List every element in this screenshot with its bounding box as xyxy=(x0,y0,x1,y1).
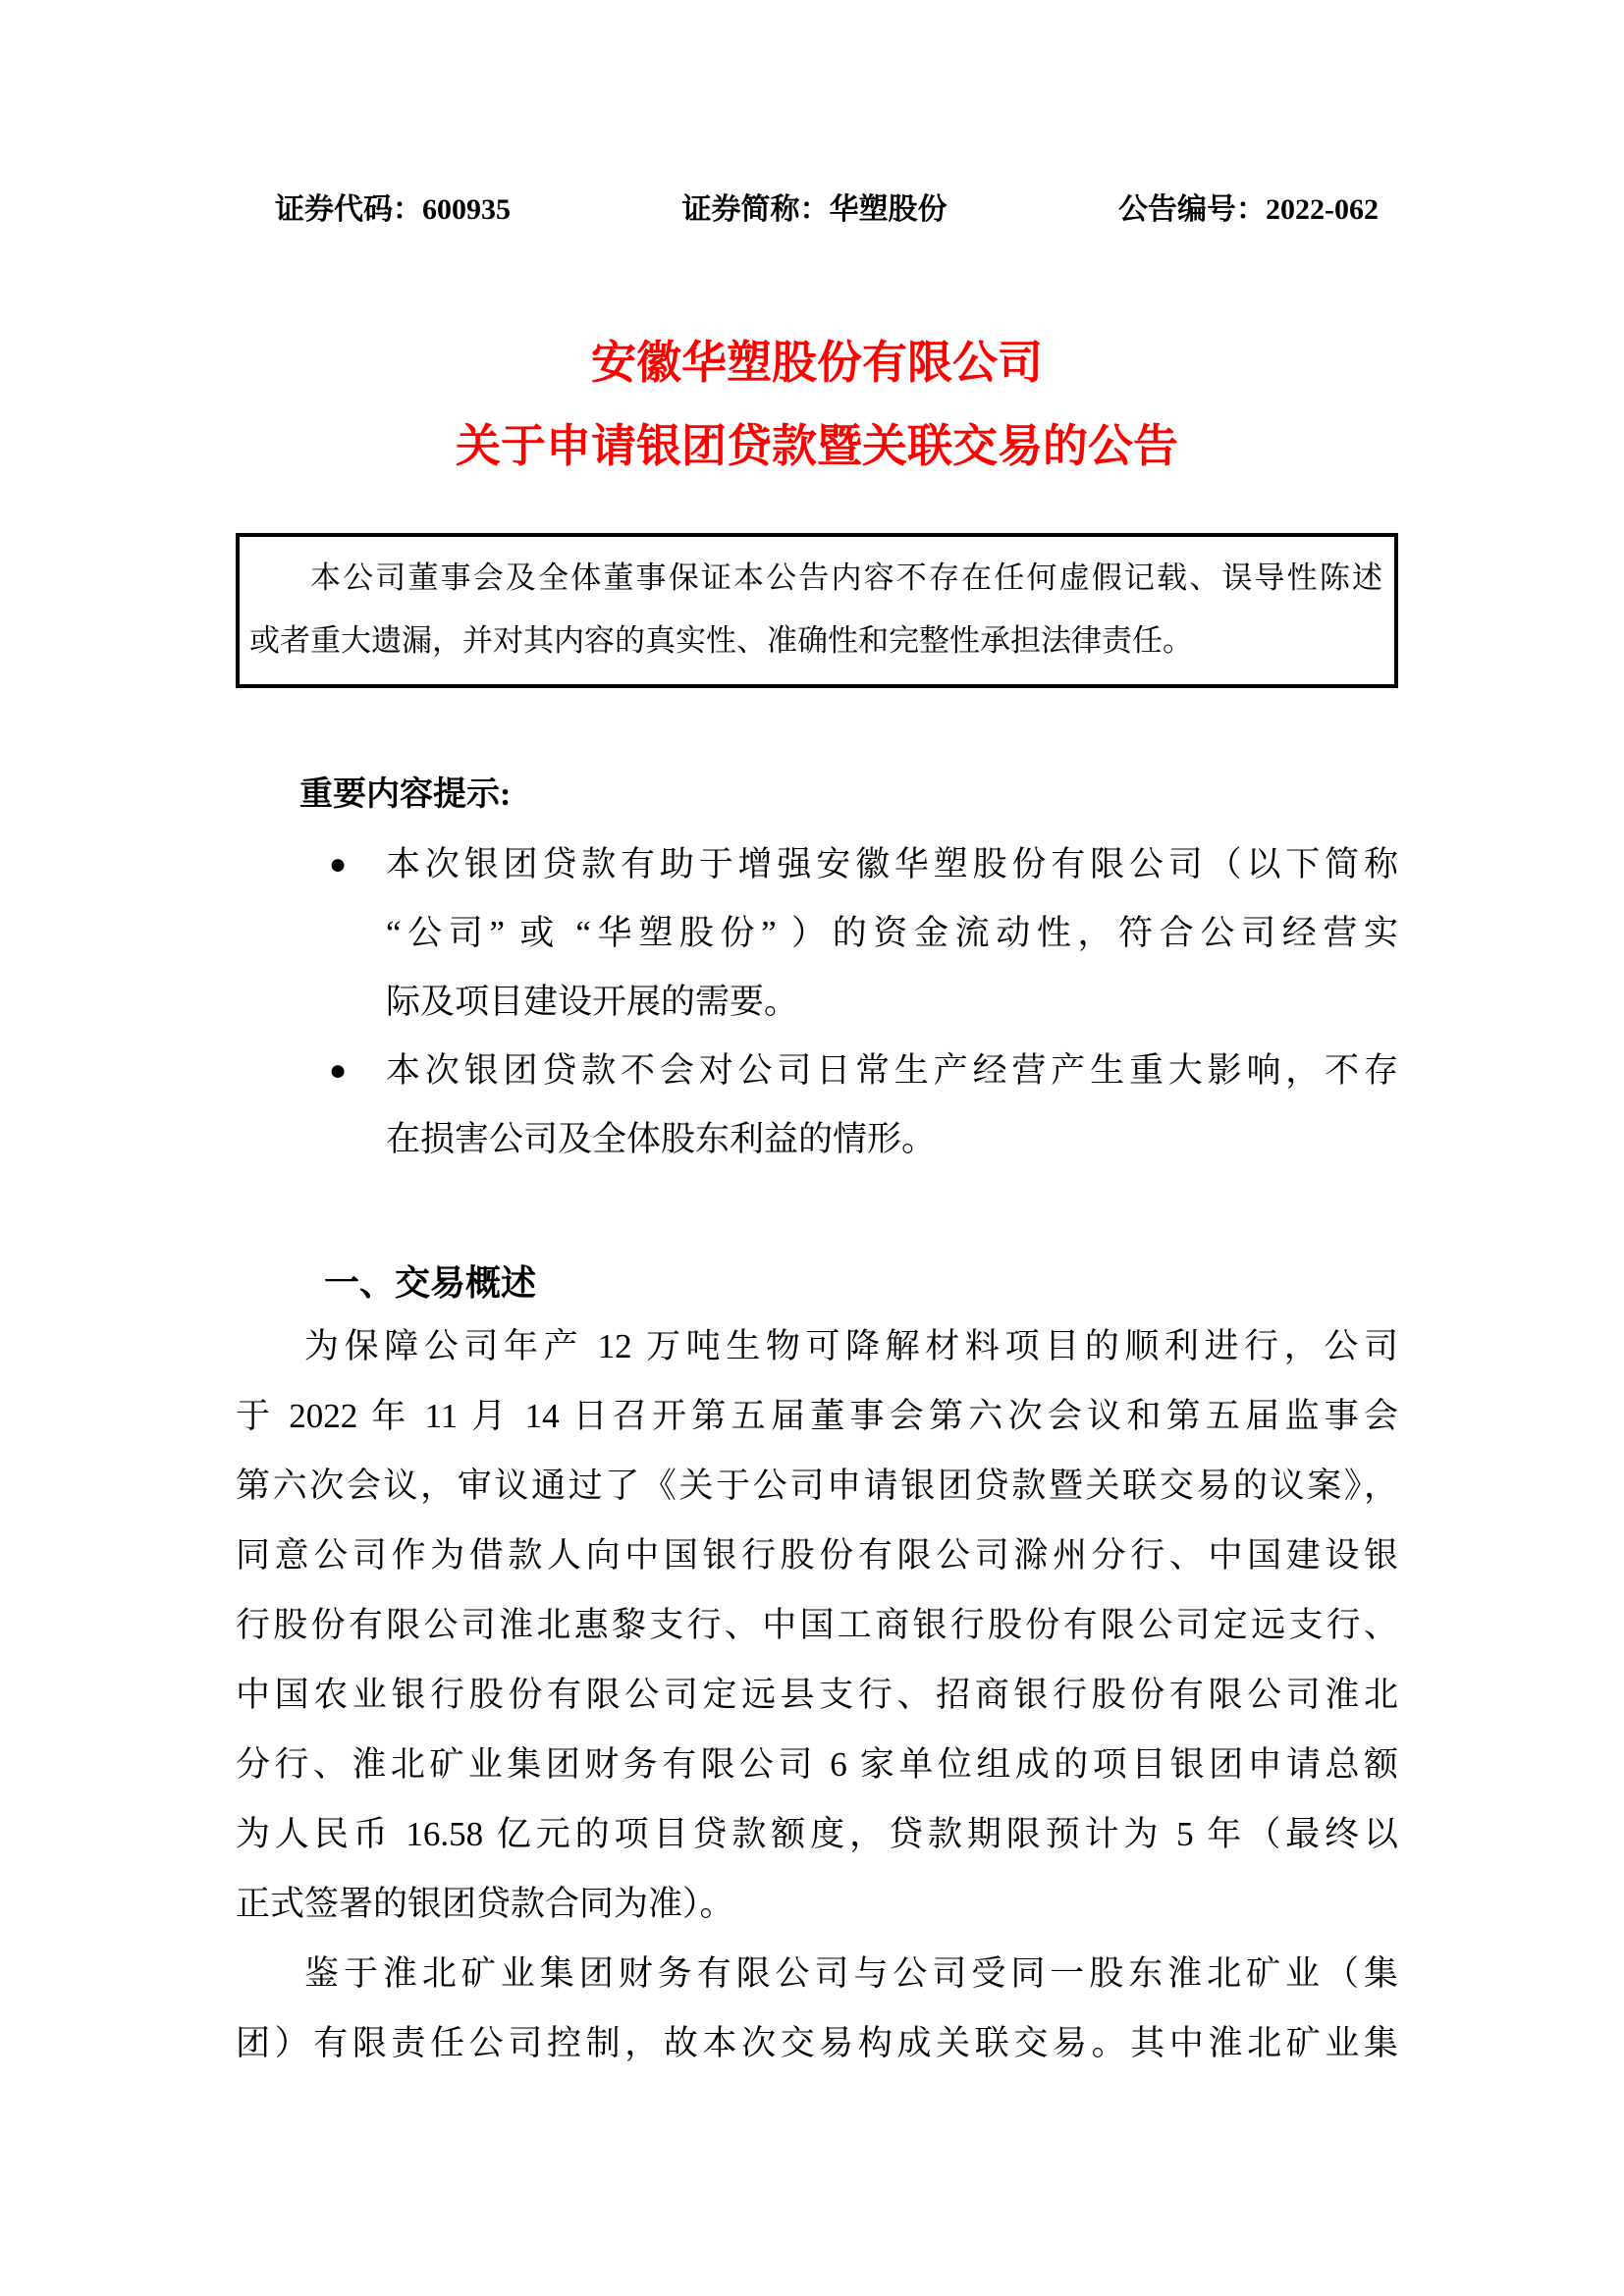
paragraph-line: 团）有限责任公司控制，故本次交易构成关联交易。其中淮北矿业集 xyxy=(236,2008,1398,2078)
page-title-line1: 安徽华塑股份有限公司 xyxy=(236,321,1398,404)
paragraph-line: 分行、淮北矿业集团财务有限公司 6 家单位组成的项目银团申请总额 xyxy=(236,1730,1398,1799)
announcement-no-label: 公告编号：2022-062 xyxy=(1118,191,1379,229)
bullet-item: ● 本次银团贷款不会对公司日常生产经营产生重大影响，不存 在损害公司及全体股东利… xyxy=(236,1037,1398,1174)
highlights-list: ● 本次银团贷款有助于增强安徽华塑股份有限公司（以下简称 “公司” 或 “华塑股… xyxy=(236,830,1398,1174)
bullet-line: 际及项目建设开展的需要。 xyxy=(386,968,1398,1037)
stock-abbr-label: 证券简称：华塑股份 xyxy=(682,191,947,229)
announcement-page: 证券代码：600935 证券简称：华塑股份 公告编号：2022-062 安徽华塑… xyxy=(0,0,1624,2296)
bullet-icon: ● xyxy=(329,1037,386,1174)
paragraph-line: 鉴于淮北矿业集团财务有限公司与公司受同一股东淮北矿业（集 xyxy=(236,1939,1398,2008)
paragraph-line: 于 2022 年 11 月 14 日召开第五届董事会第六次会议和第五届监事会 xyxy=(236,1381,1398,1451)
meta-row: 证券代码：600935 证券简称：华塑股份 公告编号：2022-062 xyxy=(236,191,1398,229)
bullet-line: 本次银团贷款不会对公司日常生产经营产生重大影响，不存 xyxy=(386,1037,1398,1105)
page-content: 证券代码：600935 证券简称：华塑股份 公告编号：2022-062 安徽华塑… xyxy=(0,191,1624,2078)
paragraph: 为保障公司年产 12 万吨生物可降解材料项目的顺利进行，公司 于 2022 年 … xyxy=(236,1311,1398,1939)
bullet-text: 本次银团贷款有助于增强安徽华塑股份有限公司（以下简称 “公司” 或 “华塑股份”… xyxy=(386,830,1398,1037)
disclaimer-line: 本公司董事会及全体董事保证本公告内容不存在任何虚假记载、误导性陈述 xyxy=(249,547,1382,610)
highlights-heading: 重要内容提示: xyxy=(299,772,1398,819)
paragraph-line: 为人民币 16.58 亿元的项目贷款额度，贷款期限预计为 5 年（最终以 xyxy=(236,1799,1398,1869)
bullet-line: “公司” 或 “华塑股份” ）的资金流动性，符合公司经营实 xyxy=(386,899,1398,968)
paragraph-line: 正式签署的银团贷款合同为准）。 xyxy=(236,1869,1398,1939)
paragraph-line: 中国农业银行股份有限公司定远县支行、招商银行股份有限公司淮北 xyxy=(236,1660,1398,1730)
paragraph-line: 行股份有限公司淮北惠黎支行、中国工商银行股份有限公司定远支行、 xyxy=(236,1590,1398,1660)
page-title: 安徽华塑股份有限公司 关于申请银团贷款暨关联交易的公告 xyxy=(236,321,1398,488)
disclaimer-box: 本公司董事会及全体董事保证本公告内容不存在任何虚假记载、误导性陈述 或者重大遗漏… xyxy=(236,533,1398,688)
bullet-text: 本次银团贷款不会对公司日常生产经营产生重大影响，不存 在损害公司及全体股东利益的… xyxy=(386,1037,1398,1174)
paragraph-line: 同意公司作为借款人向中国银行股份有限公司滁州分行、中国建设银 xyxy=(236,1521,1398,1590)
page-title-line2: 关于申请银团贷款暨关联交易的公告 xyxy=(236,404,1398,488)
bullet-icon: ● xyxy=(329,830,386,1037)
bullet-line: 在损害公司及全体股东利益的情形。 xyxy=(386,1105,1398,1174)
bullet-line: 本次银团贷款有助于增强安徽华塑股份有限公司（以下简称 xyxy=(386,830,1398,899)
paragraph-line: 第六次会议，审议通过了《关于公司申请银团贷款暨关联交易的议案》， xyxy=(236,1451,1398,1521)
paragraph-line: 为保障公司年产 12 万吨生物可降解材料项目的顺利进行，公司 xyxy=(236,1311,1398,1381)
section-heading: 一、交易概述 xyxy=(324,1258,1398,1308)
disclaimer-line: 或者重大遗漏，并对其内容的真实性、准确性和完整性承担法律责任。 xyxy=(249,610,1382,672)
bullet-item: ● 本次银团贷款有助于增强安徽华塑股份有限公司（以下简称 “公司” 或 “华塑股… xyxy=(236,830,1398,1037)
paragraph: 鉴于淮北矿业集团财务有限公司与公司受同一股东淮北矿业（集 团）有限责任公司控制，… xyxy=(236,1939,1398,2078)
stock-code-label: 证券代码：600935 xyxy=(275,191,511,229)
section-body: 为保障公司年产 12 万吨生物可降解材料项目的顺利进行，公司 于 2022 年 … xyxy=(236,1311,1398,2078)
